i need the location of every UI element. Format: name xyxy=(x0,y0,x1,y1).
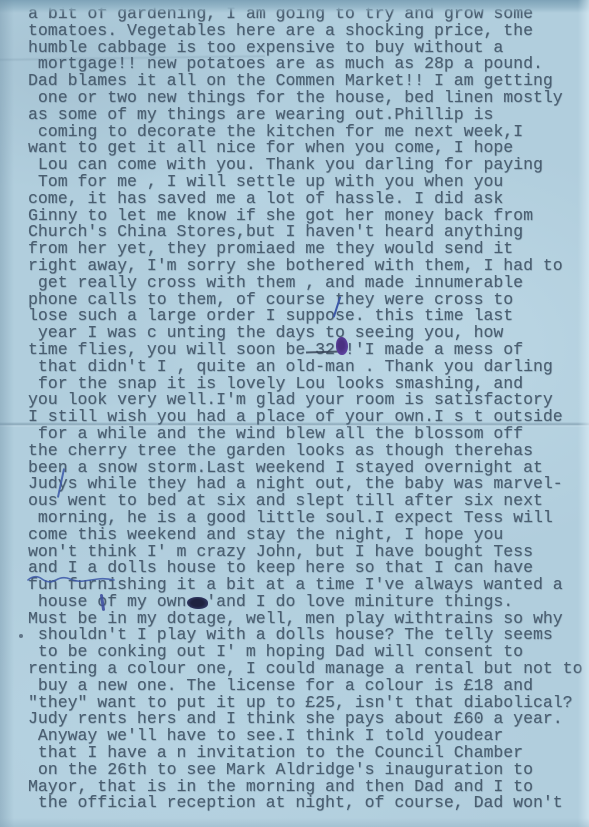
letter-lines: a bit of gardening, I am going to try an… xyxy=(28,6,588,812)
letter-line: the official reception at night, of cour… xyxy=(28,795,588,812)
paper-edge-left xyxy=(0,0,14,827)
paper-edge-top xyxy=(0,0,589,13)
letter-line: come this weekend and stay the night, I … xyxy=(28,527,588,544)
paper-edge-right xyxy=(578,0,589,827)
paper-fold-crease xyxy=(0,422,589,427)
letter-line: that didn't I , quite an old-man . Thank… xyxy=(28,359,588,376)
purple-ink-blot xyxy=(336,337,348,355)
paper-edge-bottom xyxy=(0,818,589,827)
dark-ink-blot xyxy=(187,597,208,609)
letter-paper: a bit of gardening, I am going to try an… xyxy=(0,0,589,827)
letter-line: the cherry tree the garden looks as thou… xyxy=(28,443,588,460)
ink-speck xyxy=(19,634,23,638)
pen-wavy-underline xyxy=(26,573,118,587)
